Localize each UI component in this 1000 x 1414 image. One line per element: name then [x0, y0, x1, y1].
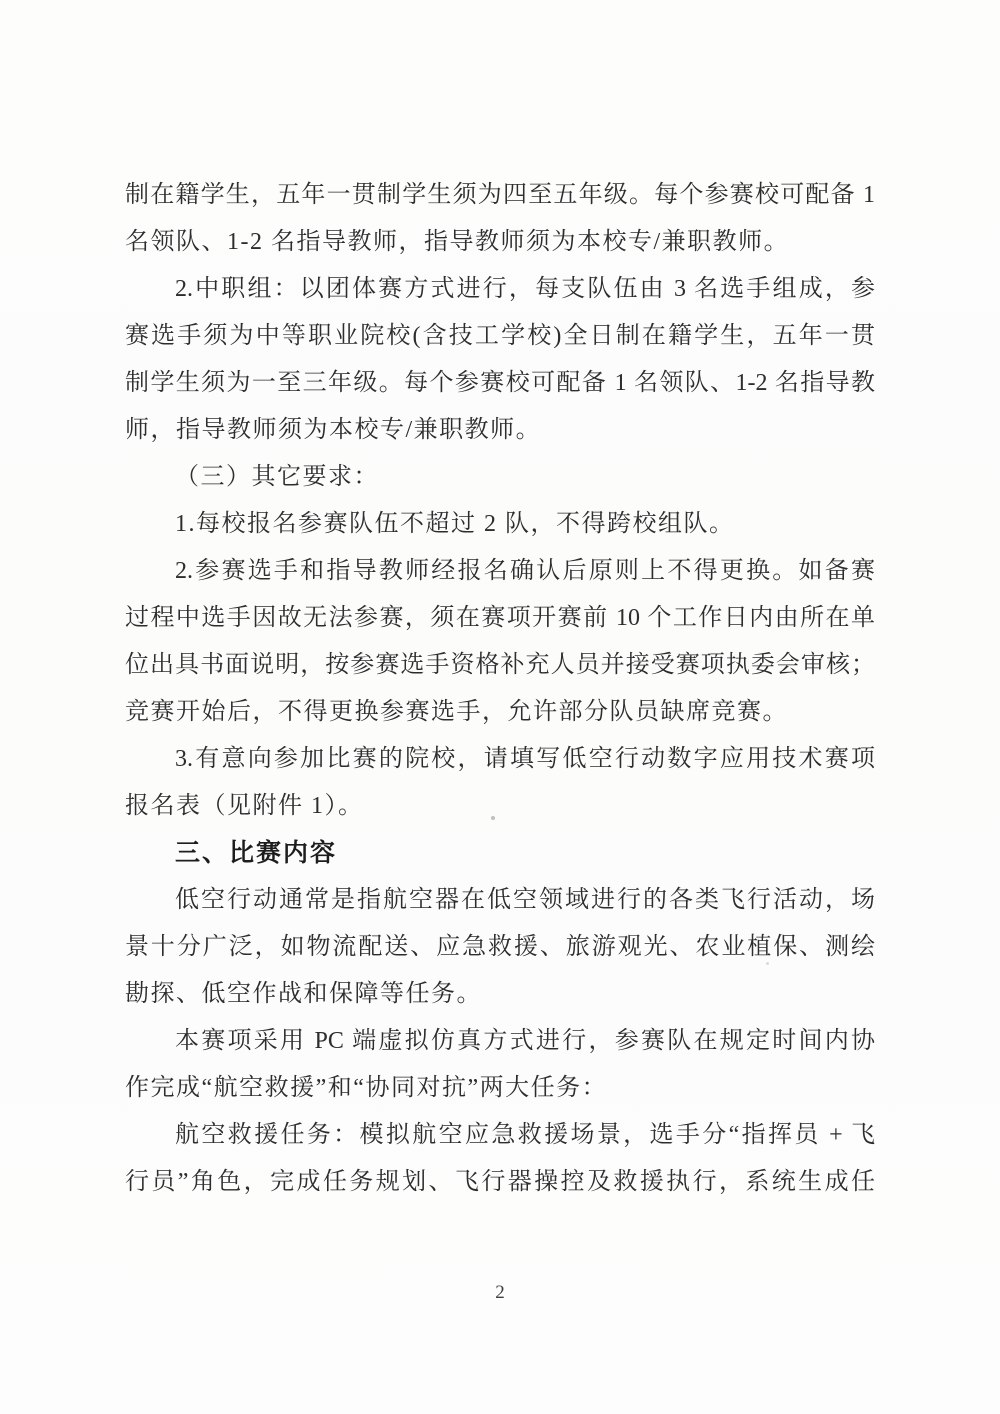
text-line: 勘探、低空作战和保障等任务。	[125, 971, 875, 1018]
text-line: 航空救援任务：模拟航空应急救援场景，选手分“指挥员 + 飞	[125, 1112, 875, 1159]
text-line: 作完成“航空救援”和“协同对抗”两大任务：	[125, 1065, 875, 1112]
text-line: 赛选手须为中等职业院校(含技工学校)全日制在籍学生，五年一贯	[125, 313, 875, 360]
text-line: 本赛项采用 PC 端虚拟仿真方式进行，参赛队在规定时间内协	[125, 1018, 875, 1065]
text-line: 制在籍学生，五年一贯制学生须为四至五年级。每个参赛校可配备 1	[125, 172, 875, 219]
text-line: 师，指导教师须为本校专/兼职教师。	[125, 407, 875, 454]
page-number: 2	[0, 1281, 1000, 1305]
text-line: 制学生须为一至三年级。每个参赛校可配备 1 名领队、1-2 名指导教	[125, 360, 875, 407]
text-line: 2.参赛选手和指导教师经报名确认后原则上不得更换。如备赛	[125, 548, 875, 595]
text-line: 竞赛开始后，不得更换参赛选手，允许部分队员缺席竞赛。	[125, 689, 875, 736]
text-line: （三）其它要求：	[125, 454, 875, 501]
text-line: 名领队、1-2 名指导教师，指导教师须为本校专/兼职教师。	[125, 219, 875, 266]
text-block: 制在籍学生，五年一贯制学生须为四至五年级。每个参赛校可配备 1名领队、1-2 名…	[125, 172, 875, 1206]
text-line: 过程中选手因故无法参赛，须在赛项开赛前 10 个工作日内由所在单	[125, 595, 875, 642]
text-line: 景十分广泛，如物流配送、应急救援、旅游观光、农业植保、测绘	[125, 924, 875, 971]
text-line: 1.每校报名参赛队伍不超过 2 队，不得跨校组队。	[125, 501, 875, 548]
scan-speck	[766, 962, 769, 965]
text-line: 2.中职组：以团体赛方式进行，每支队伍由 3 名选手组成，参	[125, 266, 875, 313]
document-page: 制在籍学生，五年一贯制学生须为四至五年级。每个参赛校可配备 1名领队、1-2 名…	[0, 0, 1000, 1414]
section-heading: 三、比赛内容	[125, 830, 875, 877]
text-line: 报名表（见附件 1）。	[125, 783, 875, 830]
text-line: 行员”角色，完成任务规划、飞行器操控及救援执行，系统生成任	[125, 1159, 875, 1206]
text-line: 位出具书面说明，按参赛选手资格补充人员并接受赛项执委会审核；	[125, 642, 875, 689]
scan-speck	[491, 816, 495, 820]
text-line: 3.有意向参加比赛的院校，请填写低空行动数字应用技术赛项	[125, 736, 875, 783]
text-line: 低空行动通常是指航空器在低空领域进行的各类飞行活动，场	[125, 877, 875, 924]
